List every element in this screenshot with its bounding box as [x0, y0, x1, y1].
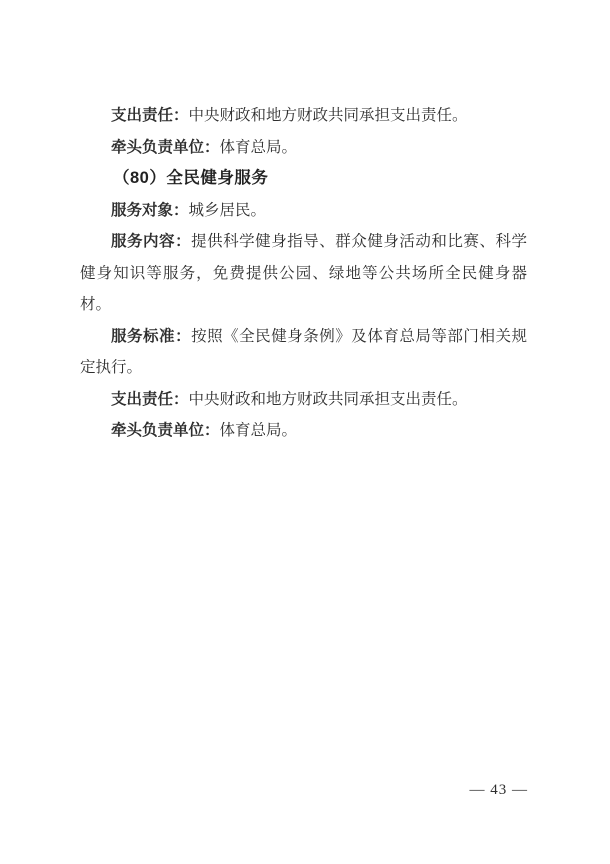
paragraph-lead-unit: 牵头负责单位：体育总局。 — [80, 415, 527, 447]
paragraph-expenditure-responsibility: 支出责任：中央财政和地方财政共同承担支出责任。 — [80, 100, 527, 132]
field-text: 城乡居民。 — [189, 202, 267, 219]
paragraph-service-target: 服务对象：城乡居民。 — [80, 195, 527, 227]
field-label: 牵头负责单位： — [111, 422, 220, 439]
field-text: 体育总局。 — [220, 422, 298, 439]
paragraph-service-content: 服务内容：提供科学健身指导、群众健身活动和比赛、科学健身知识等服务，免费提供公园… — [80, 226, 527, 321]
section-heading: （80）全民健身服务 — [80, 163, 527, 195]
field-text: 中央财政和地方财政共同承担支出责任。 — [189, 107, 468, 124]
page-footer: — 43 — — [470, 781, 529, 800]
field-label: 支出责任： — [111, 391, 189, 408]
field-label: 服务内容： — [111, 233, 191, 250]
page-number: — 43 — — [470, 782, 529, 798]
document-page: 支出责任：中央财政和地方财政共同承担支出责任。 牵头负责单位：体育总局。 （80… — [0, 0, 610, 864]
field-label: 服务对象： — [111, 202, 189, 219]
paragraph-expenditure-responsibility: 支出责任：中央财政和地方财政共同承担支出责任。 — [80, 384, 527, 416]
document-body: 支出责任：中央财政和地方财政共同承担支出责任。 牵头负责单位：体育总局。 （80… — [80, 100, 527, 447]
field-label: 服务标准： — [111, 328, 191, 345]
field-text: 中央财政和地方财政共同承担支出责任。 — [189, 391, 468, 408]
field-label: 支出责任： — [111, 107, 189, 124]
field-text: 体育总局。 — [220, 139, 298, 156]
field-label: 牵头负责单位： — [111, 139, 220, 156]
paragraph-service-standard: 服务标准：按照《全民健身条例》及体育总局等部门相关规定执行。 — [80, 321, 527, 384]
paragraph-lead-unit: 牵头负责单位：体育总局。 — [80, 132, 527, 164]
